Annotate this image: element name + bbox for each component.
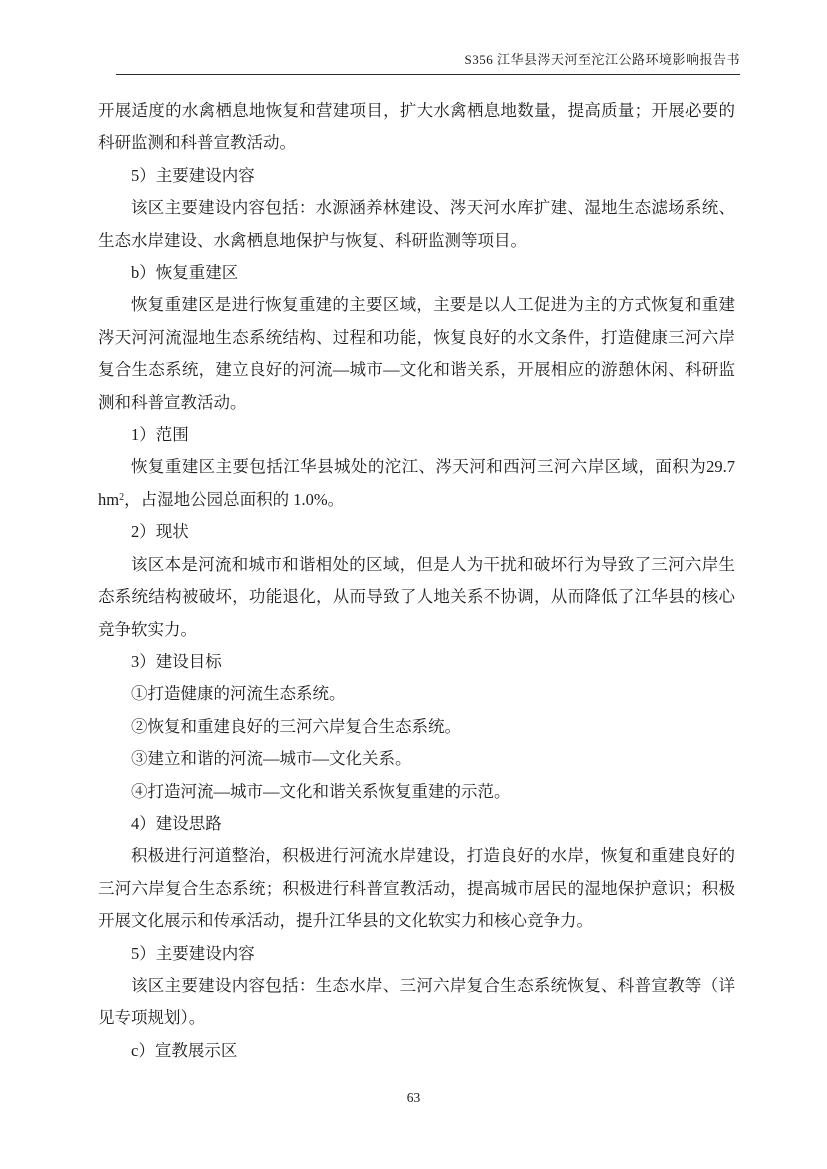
document-body: 开展适度的水禽栖息地恢复和营建项目，扩大水禽栖息地数量，提高质量；开展必要的科研… bbox=[98, 95, 735, 1067]
paragraph-current-status: 该区本是河流和城市和谐相处的区域，但是人为干扰和破坏行为导致了三河六岸生态系统结… bbox=[98, 549, 735, 646]
heading-education-display-zone: c）宣教展示区 bbox=[98, 1035, 735, 1067]
goal-item-1: ①打造健康的河流生态系统。 bbox=[98, 678, 735, 710]
heading-restoration-zone: b）恢复重建区 bbox=[98, 257, 735, 289]
heading-main-construction-content-2: 5）主要建设内容 bbox=[98, 938, 735, 970]
header-title: S356 江华县涔天河至沱江公路环境影响报告书 bbox=[465, 52, 740, 67]
heading-main-construction-content: 5）主要建设内容 bbox=[98, 160, 735, 192]
paragraph-construction-approach: 积极进行河道整治，积极进行河流水岸建设，打造良好的水岸，恢复和重建良好的三河六岸… bbox=[98, 840, 735, 937]
paragraph-scope-area: 恢复重建区主要包括江华县城处的沱江、涔天河和西河三河六岸区域，面积为29.7 h… bbox=[98, 451, 735, 516]
paragraph-continuation: 开展适度的水禽栖息地恢复和营建项目，扩大水禽栖息地数量，提高质量；开展必要的科研… bbox=[98, 95, 735, 160]
page-number: 63 bbox=[407, 1090, 421, 1105]
paragraph-construction-content-2: 该区主要建设内容包括：生态水岸、三河六岸复合生态系统恢复、科普宣教等（详见专项规… bbox=[98, 970, 735, 1035]
paragraph-construction-content: 该区主要建设内容包括：水源涵养林建设、涔天河水库扩建、湿地生态滤场系统、生态水岸… bbox=[98, 192, 735, 257]
heading-construction-goals: 3）建设目标 bbox=[98, 646, 735, 678]
heading-construction-approach: 4）建设思路 bbox=[98, 808, 735, 840]
scope-text-after-superscript: ，占湿地公园总面积的 1.0%。 bbox=[124, 490, 344, 509]
superscript-2: 2 bbox=[119, 492, 124, 503]
paragraph-restoration-zone-description: 恢复重建区是进行恢复重建的主要区域，主要是以人工促进为主的方式恢复和重建涔天河河… bbox=[98, 289, 735, 419]
goal-item-3: ③建立和谐的河流—城市—文化关系。 bbox=[98, 743, 735, 775]
heading-scope: 1）范围 bbox=[98, 419, 735, 451]
page-header: S356 江华县涔天河至沱江公路环境影响报告书 bbox=[116, 52, 740, 75]
document-page: S356 江华县涔天河至沱江公路环境影响报告书 开展适度的水禽栖息地恢复和营建项… bbox=[0, 0, 827, 1169]
goal-item-4: ④打造河流—城市—文化和谐关系恢复重建的示范。 bbox=[98, 776, 735, 808]
page-footer: 63 bbox=[0, 1090, 827, 1106]
goal-item-2: ②恢复和重建良好的三河六岸复合生态系统。 bbox=[98, 711, 735, 743]
heading-current-status: 2）现状 bbox=[98, 516, 735, 548]
